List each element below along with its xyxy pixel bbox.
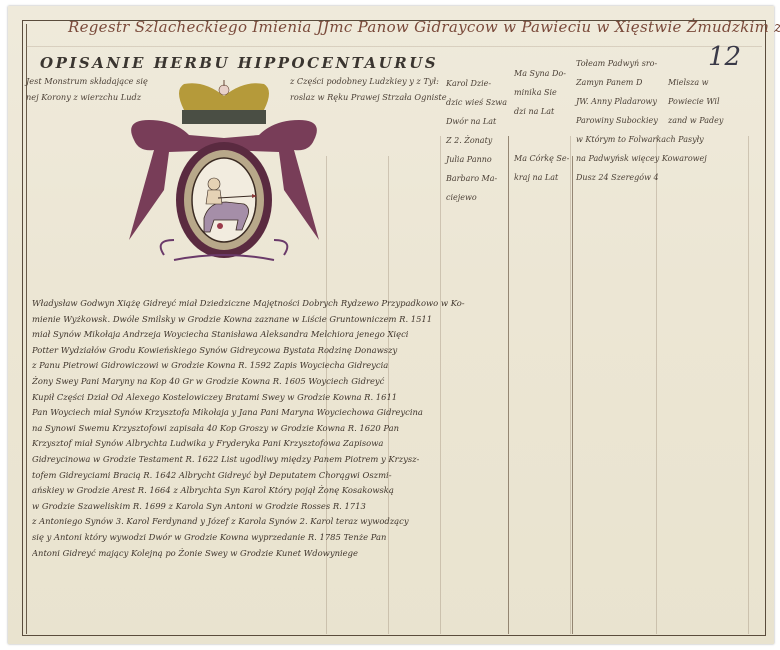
folio-number: 12 — [708, 42, 741, 72]
body-line: w Grodzie Szaweliskim R. 1699 z Karola S… — [32, 499, 472, 515]
column-line: na Padwyńsk więcey Kowarowej — [576, 149, 707, 168]
body-line: Krzysztof miał Synów Albrychta Ludwika y… — [32, 436, 472, 452]
column-spacer — [514, 121, 569, 149]
body-line: z Antoniego Synów 3. Karol Ferdynand y J… — [32, 514, 472, 530]
manuscript-page: Regestr Szlacheckiego Imienia JJmc Panow… — [8, 6, 774, 644]
body-line: mienie Wyżkowsk. Dwóle Smilsky w Grodzie… — [32, 312, 472, 328]
column-line: Ma Córkę Se- — [514, 149, 569, 168]
body-line: się y Antoni który wywodzi Dwór w Grodzi… — [32, 530, 472, 546]
body-line: Kupił Części Dział Od Alexego Kostelowic… — [32, 390, 472, 406]
column-line: Karol Dzie- — [446, 74, 507, 93]
column-line: Z 2. Żonaty — [446, 131, 507, 150]
column-line: Julia Panno — [446, 150, 507, 169]
column-line: Barbaro Ma- — [446, 169, 507, 188]
column-line: Powiecie Wil — [668, 92, 723, 111]
body-line: miał Synów Mikołaja Andrzeja Woyciecha S… — [32, 327, 472, 343]
coat-of-arms-icon — [114, 80, 334, 280]
body-line: ańskiey w Grodzie Arest R. 1664 z Albryc… — [32, 483, 472, 499]
column-line: Dwór na Lat — [446, 112, 507, 131]
column-line: Mielsza w — [668, 73, 723, 92]
column-divider — [570, 136, 571, 634]
body-line: Władysław Godwyn Xiążę Gidreyć miał Dzie… — [32, 296, 472, 312]
column-entry-1: Karol Dzie- dzic wieś Szwa Dwór na Lat Z… — [446, 74, 507, 207]
column-line: Tołeam Padwyń sro- — [576, 54, 707, 73]
column-divider — [508, 136, 509, 634]
column-divider — [572, 156, 573, 634]
register-title: Regestr Szlacheckiego Imienia JJmc Panow… — [68, 18, 768, 48]
column-line: kraj na Lat — [514, 168, 569, 187]
column-line: zand w Padey — [668, 111, 723, 130]
column-line: minika Sie — [514, 83, 569, 102]
column-line: dzi na Lat — [514, 102, 569, 121]
body-line: Potter Wydziałów Grodu Kowieńskiego Synó… — [32, 343, 472, 359]
body-line: Żony Swey Pani Maryny na Kop 40 Gr w Gro… — [32, 374, 472, 390]
body-line: Gidreycinowa w Grodzie Testament R. 1622… — [32, 452, 472, 468]
column-line: Dusz 24 Szeregów 4 — [576, 168, 707, 187]
column-line: w Którym to Folwarkach Pasyły — [576, 130, 707, 149]
column-divider — [748, 136, 749, 634]
column-entry-4: Mielsza w Powiecie Wil zand w Padey — [668, 73, 723, 130]
column-line: Ma Syna Do- — [514, 64, 569, 83]
body-line: tofem Gidreyciami Bracią R. 1642 Albrych… — [32, 468, 472, 484]
column-line: dzic wieś Szwa — [446, 93, 507, 112]
body-line: Pan Woyciech miał Synów Krzysztofa Mikoł… — [32, 405, 472, 421]
column-line: ciejewo — [446, 188, 507, 207]
body-line: z Panu Pietrowi Gidrowiczowi w Grodzie K… — [32, 358, 472, 374]
column-entry-2: Ma Syna Do- minika Sie dzi na Lat Ma Cór… — [514, 64, 569, 187]
genealogy-body: Władysław Godwyn Xiążę Gidreyć miał Dzie… — [32, 296, 472, 561]
section-heading: OPISANIE HERBU HIPPOCENTAURUS — [40, 54, 438, 72]
body-line: Antoni Gidreyć mający Kolejną po Żonie S… — [32, 546, 472, 562]
body-line: na Synowi Swemu Krzysztofowi zapisała 40… — [32, 421, 472, 437]
column-divider — [656, 136, 657, 634]
